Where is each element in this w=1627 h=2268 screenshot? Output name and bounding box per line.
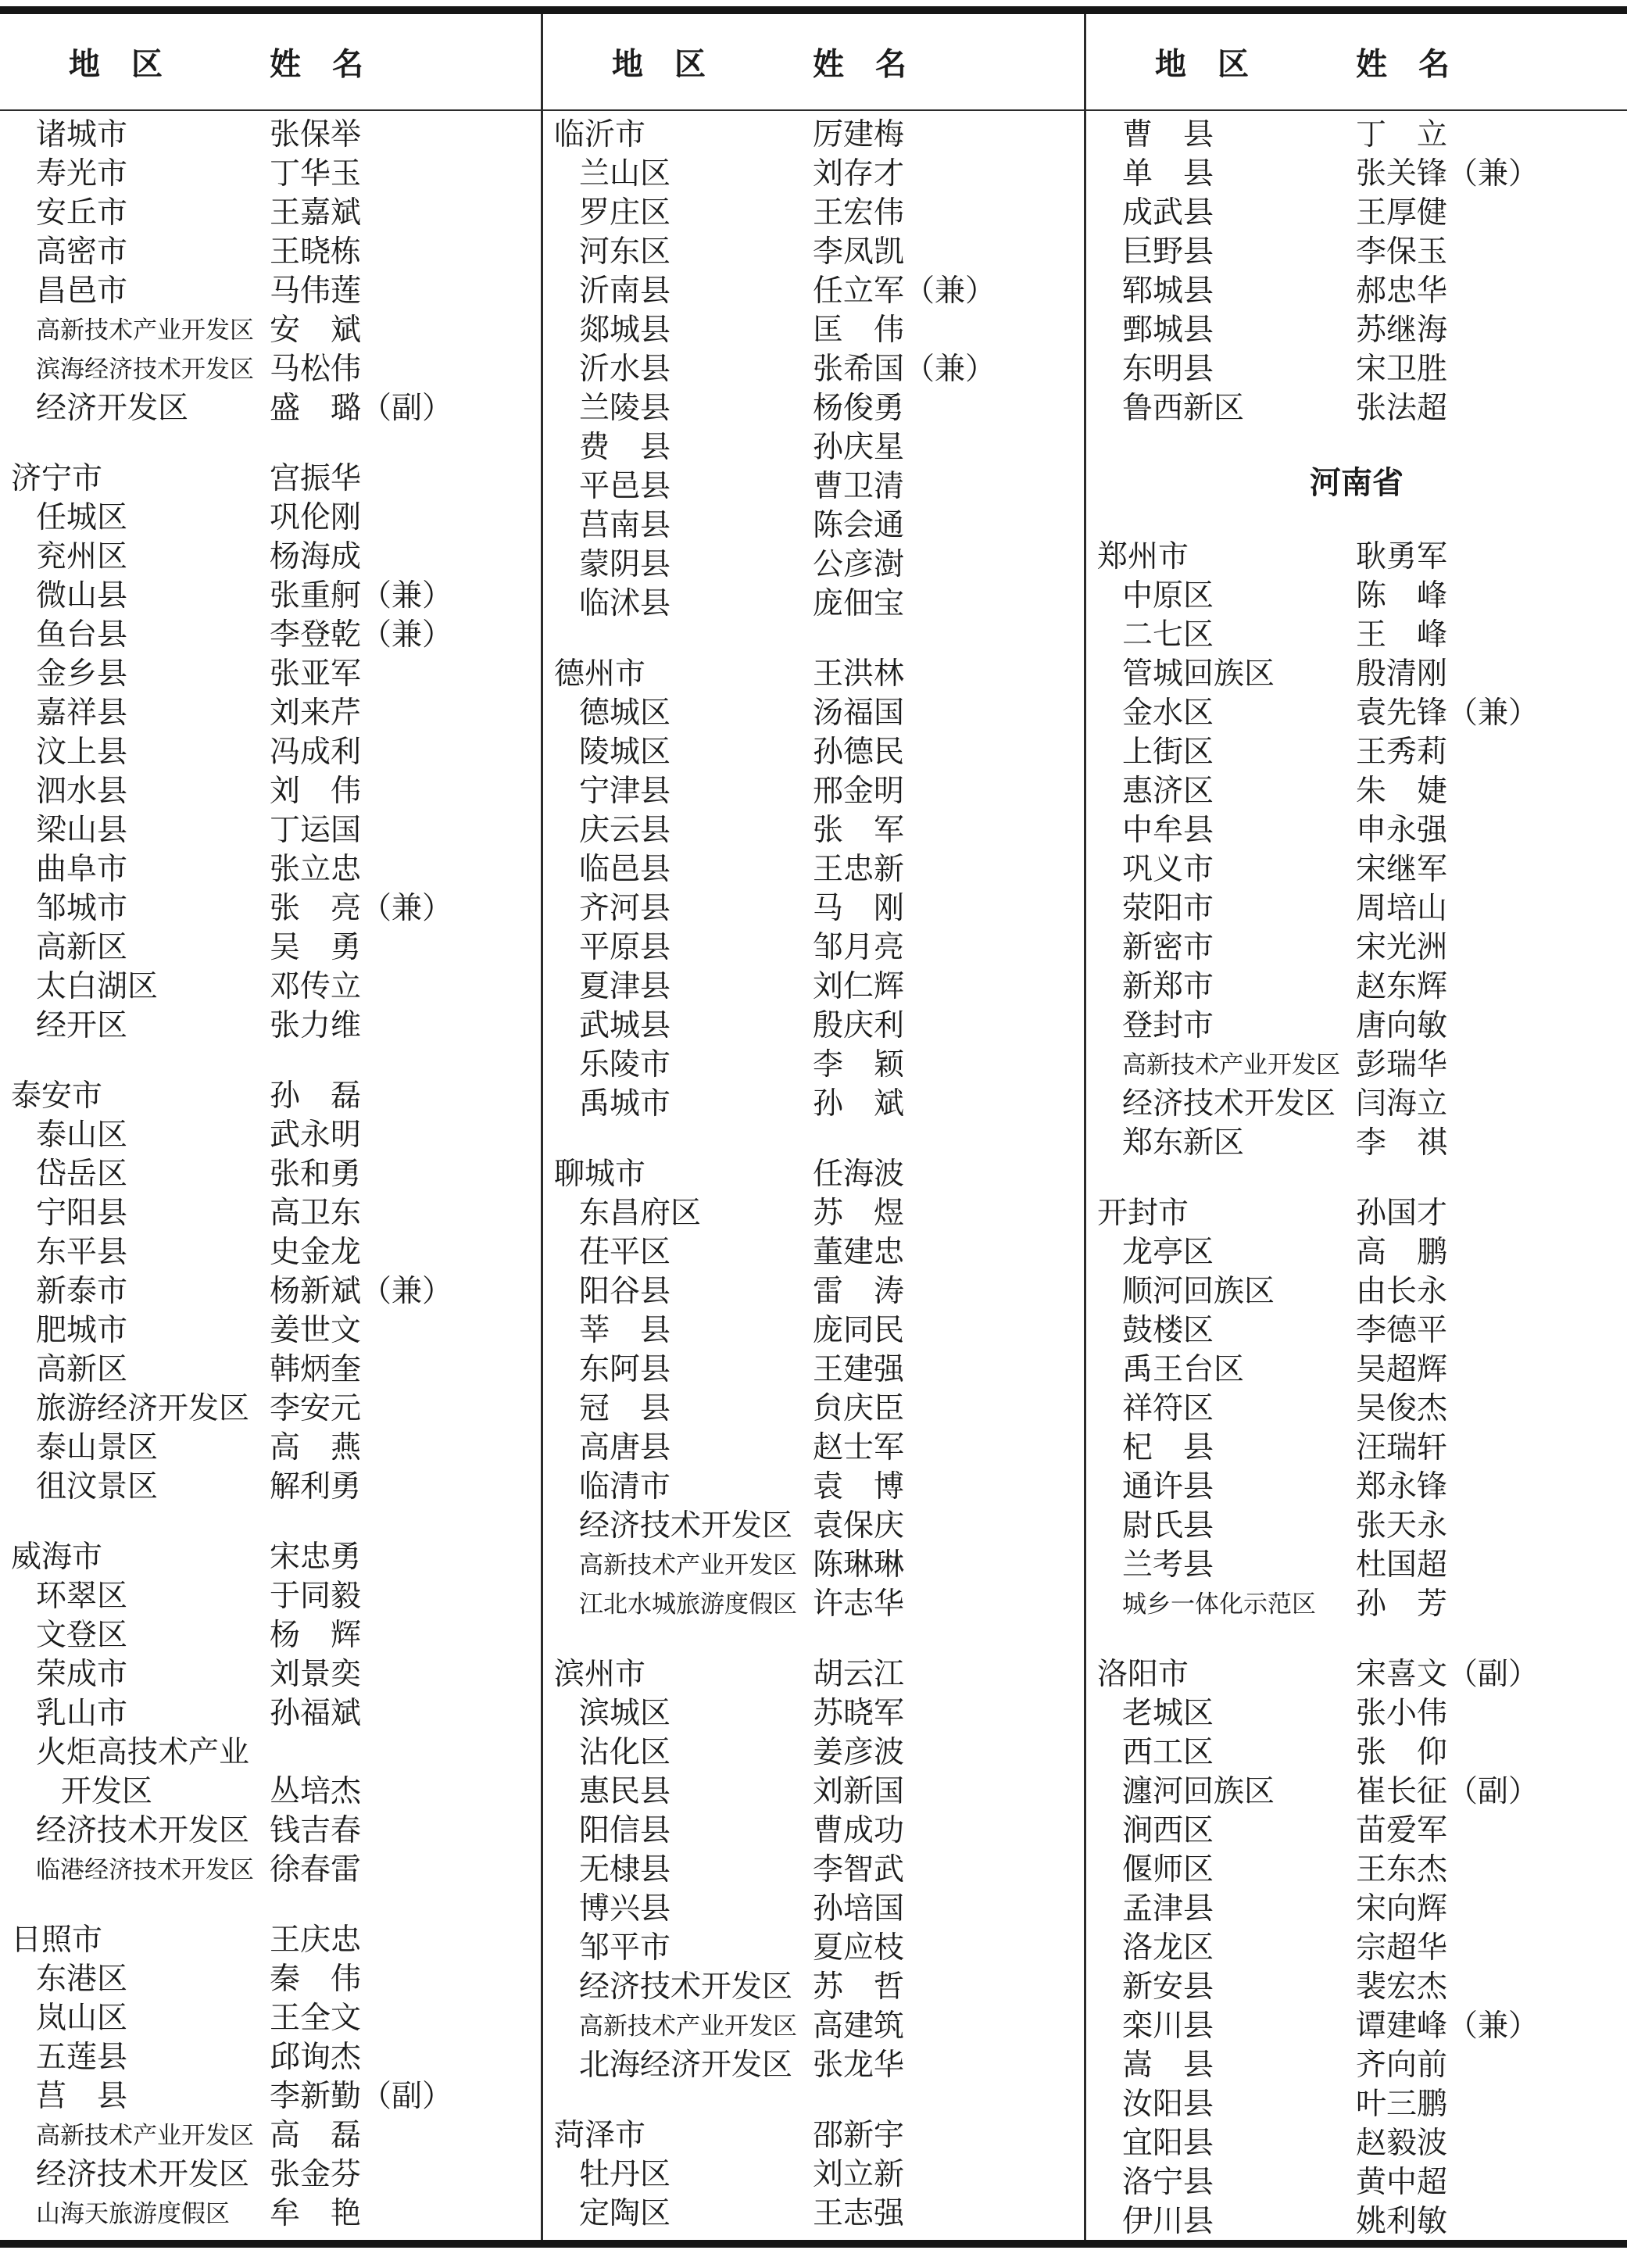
region-cell: 临邑县	[579, 850, 670, 889]
region-cell: 乳山市	[36, 1694, 127, 1733]
table-row: 禹城市孙 斌	[543, 1085, 1084, 1124]
region-cell: 德城区	[579, 694, 670, 733]
region-cell: 祥符区	[1122, 1390, 1214, 1429]
table-row: 通许县郑永锋	[1086, 1468, 1627, 1507]
table-row: 费 县孙庆星	[543, 428, 1084, 467]
table-row: 滨海经济技术开发区马松伟	[0, 350, 541, 389]
group-gap	[0, 428, 541, 460]
name-cell: 张希国（兼）	[813, 350, 996, 389]
table-row: 肥城市姜世文	[0, 1311, 541, 1350]
region-cell: 禹城市	[579, 1085, 670, 1124]
region-cell: 嵩 县	[1122, 2046, 1214, 2085]
name-cell: 郝忠华	[1356, 272, 1447, 311]
table-row: 泰山区武永明	[0, 1116, 541, 1155]
name-cell: 苏继海	[1356, 311, 1447, 350]
region-cell: 寿光市	[36, 155, 127, 194]
table-row: 环翠区于同毅	[0, 1577, 541, 1616]
name-cell: 公彦澍	[813, 546, 904, 585]
region-cell: 沂南县	[579, 272, 670, 311]
name-cell: 邹月亮	[813, 928, 904, 968]
name-cell: 苏 煜	[813, 1194, 904, 1233]
name-cell: 汪瑞轩	[1356, 1429, 1447, 1468]
name-cell: 杨海成	[270, 538, 361, 577]
table-row: 临邑县王忠新	[543, 850, 1084, 889]
region-cell: 临清市	[579, 1468, 670, 1507]
name-cell: 杨新斌（兼）	[270, 1272, 452, 1311]
name-cell: 任立军（兼）	[813, 272, 996, 311]
region-cell: 昌邑市	[36, 272, 127, 311]
table-row: 武城县殷庆利	[543, 1007, 1084, 1046]
region-cell: 成武县	[1122, 194, 1214, 233]
name-cell: 王厚健	[1356, 194, 1447, 233]
table-row: 中牟县申永强	[1086, 811, 1627, 850]
region-cell: 高密市	[36, 233, 127, 272]
name-cell: 李凤凯	[813, 233, 904, 272]
region-cell: 宜阳县	[1122, 2124, 1214, 2163]
group-gap	[1086, 1163, 1627, 1194]
name-cell: 庞同民	[813, 1311, 904, 1350]
panel-2-rows: 临沂市厉建梅兰山区刘存才罗庄区王宏伟河东区李凤凯沂南县任立军（兼）郯城县匡 伟沂…	[543, 111, 1084, 2240]
group-gap	[543, 1124, 1084, 1155]
name-cell: 曹成功	[813, 1812, 904, 1851]
region-cell: 兖州区	[36, 538, 127, 577]
name-cell: 许志华	[813, 1585, 904, 1624]
region-cell: 惠民县	[579, 1773, 670, 1812]
table-row: 西工区张 仰	[1086, 1733, 1627, 1773]
region-cell: 中牟县	[1122, 811, 1214, 850]
name-cell: 孙德民	[813, 733, 904, 772]
table-row: 莒南县陈会通	[543, 506, 1084, 546]
name-cell: 王晓栋	[270, 233, 361, 272]
table-row: 火炬高技术产业	[0, 1733, 541, 1773]
region-cell: 金乡县	[36, 655, 127, 694]
table-row: 泗水县刘 伟	[0, 772, 541, 811]
region-cell: 惠济区	[1122, 772, 1214, 811]
name-cell: 李 颖	[813, 1046, 904, 1085]
region-cell: 太白湖区	[36, 968, 158, 1007]
name-cell: 裴宏杰	[1356, 1968, 1447, 2007]
name-cell: 齐向前	[1356, 2046, 1447, 2085]
table-row: 茌平区董建忠	[543, 1233, 1084, 1272]
name-cell: 张力维	[270, 1007, 361, 1046]
table-row: 上街区王秀莉	[1086, 733, 1627, 772]
region-cell: 泗水县	[36, 772, 127, 811]
name-cell: 赵士军	[813, 1429, 904, 1468]
region-cell: 杞 县	[1122, 1429, 1214, 1468]
table-row: 微山县张重舸（兼）	[0, 577, 541, 616]
table-row: 江北水城旅游度假区许志华	[543, 1585, 1084, 1624]
table-row: 鱼台县李登乾（兼）	[0, 616, 541, 655]
table-row: 金水区袁先锋（兼）	[1086, 694, 1627, 733]
name-cell: 唐向敏	[1356, 1007, 1447, 1046]
table-row: 莒 县李新勤（副）	[0, 2077, 541, 2116]
table-row: 曲阜市张立忠	[0, 850, 541, 889]
table-row: 沂水县张希国（兼）	[543, 350, 1084, 389]
region-cell: 夏津县	[579, 968, 670, 1007]
table-row: 巨野县李保玉	[1086, 233, 1627, 272]
region-cell: 东明县	[1122, 350, 1214, 389]
name-cell: 杨俊勇	[813, 389, 904, 428]
table-row: 孟津县宋向辉	[1086, 1890, 1627, 1929]
name-cell: 高 燕	[270, 1429, 361, 1468]
name-cell: 雷 涛	[813, 1272, 904, 1311]
table-row: 经济技术开发区闫海立	[1086, 1085, 1627, 1124]
region-cell: 文登区	[36, 1616, 127, 1655]
region-cell: 岚山区	[36, 1999, 127, 2038]
name-cell: 邢金明	[813, 772, 904, 811]
group-gap	[0, 1507, 541, 1538]
name-cell: 闫海立	[1356, 1085, 1447, 1124]
column-header-name: 姓 名	[813, 40, 906, 84]
name-cell: 胡云江	[813, 1655, 904, 1694]
region-cell: 嘉祥县	[36, 694, 127, 733]
region-cell: 宁阳县	[36, 1194, 127, 1233]
table-row: 临沭县庞佃宝	[543, 585, 1084, 624]
name-cell: 孙 磊	[270, 1077, 361, 1116]
region-cell: 新泰市	[36, 1272, 127, 1311]
name-cell: 孙 斌	[813, 1085, 904, 1124]
name-cell: 张天永	[1356, 1507, 1447, 1546]
table-row: 宁津县邢金明	[543, 772, 1084, 811]
region-cell: 曹 县	[1122, 116, 1214, 155]
table-row: 平原县邹月亮	[543, 928, 1084, 968]
region-cell: 济宁市	[11, 460, 102, 499]
table-row: 乐陵市李 颖	[543, 1046, 1084, 1085]
region-cell: 经开区	[36, 1007, 127, 1046]
table-row: 嘉祥县刘来芹	[0, 694, 541, 733]
column-header-region: 地 区	[612, 40, 706, 84]
table-row: 洛龙区宗超华	[1086, 1929, 1627, 1968]
table-row: 兰考县杜国超	[1086, 1546, 1627, 1585]
name-cell: 马伟莲	[270, 272, 361, 311]
table-row: 禹王台区吴超辉	[1086, 1350, 1627, 1390]
name-cell: 周培山	[1356, 889, 1447, 928]
table-row: 郑东新区李 祺	[1086, 1124, 1627, 1163]
table-row: 汶上县冯成利	[0, 733, 541, 772]
table-row: 无棣县李智武	[543, 1851, 1084, 1890]
region-cell: 顺河回族区	[1122, 1272, 1275, 1311]
region-cell: 菏泽市	[554, 2116, 645, 2155]
region-cell: 徂汶景区	[36, 1468, 158, 1507]
region-cell: 环翠区	[36, 1577, 127, 1616]
panel-3-rows: 曹 县丁 立单 县张关锋（兼）成武县王厚健巨野县李保玉郓城县郝忠华鄄城县苏继海东…	[1086, 111, 1627, 2240]
table-row: 定陶区王志强	[543, 2195, 1084, 2234]
table-row: 宜阳县赵毅波	[1086, 2124, 1627, 2163]
region-cell: 经济技术开发区	[579, 1507, 792, 1546]
table-row: 沂南县任立军（兼）	[543, 272, 1084, 311]
region-cell: 武城县	[579, 1007, 670, 1046]
region-cell: 茌平区	[579, 1233, 670, 1272]
region-cell: 郯城县	[579, 311, 670, 350]
table-row: 城乡一体化示范区孙 芳	[1086, 1585, 1627, 1624]
region-cell: 城乡一体化示范区	[1122, 1585, 1316, 1624]
name-cell: 汤福国	[813, 694, 904, 733]
name-cell: 张重舸（兼）	[270, 577, 452, 616]
region-cell: 二七区	[1122, 616, 1214, 655]
table-row: 泰安市孙 磊	[0, 1077, 541, 1116]
region-cell: 禹王台区	[1122, 1350, 1244, 1390]
table-row: 滨州市胡云江	[543, 1655, 1084, 1694]
name-cell: 马 刚	[813, 889, 904, 928]
region-cell: 定陶区	[579, 2195, 670, 2234]
region-cell: 新郑市	[1122, 968, 1214, 1007]
table-row: 德城区汤福国	[543, 694, 1084, 733]
region-cell: 微山县	[36, 577, 127, 616]
name-cell: 李新勤（副）	[270, 2077, 452, 2116]
table-row: 鄄城县苏继海	[1086, 311, 1627, 350]
table-row: 邹平市夏应枝	[543, 1929, 1084, 1968]
region-cell: 孟津县	[1122, 1890, 1214, 1929]
table-row: 博兴县孙培国	[543, 1890, 1084, 1929]
name-cell: 姜世文	[270, 1311, 361, 1350]
name-cell: 殷庆利	[813, 1007, 904, 1046]
name-cell: 王全文	[270, 1999, 361, 2038]
table-row: 滨城区苏晓军	[543, 1694, 1084, 1733]
table-row: 临沂市厉建梅	[543, 116, 1084, 155]
table-row: 龙亭区高 鹏	[1086, 1233, 1627, 1272]
table-row: 嵩 县齐向前	[1086, 2046, 1627, 2085]
region-cell: 兰陵县	[579, 389, 670, 428]
table-row: 经济技术开发区张金芬	[0, 2155, 541, 2195]
region-cell: 安丘市	[36, 194, 127, 233]
table-row: 东明县宋卫胜	[1086, 350, 1627, 389]
table-row: 东昌府区苏 煜	[543, 1194, 1084, 1233]
region-cell: 滨城区	[579, 1694, 670, 1733]
region-cell: 五莲县	[36, 2038, 127, 2077]
region-cell: 瀍河回族区	[1122, 1773, 1275, 1812]
name-cell: 曹卫清	[813, 467, 904, 506]
region-cell: 河东区	[579, 233, 670, 272]
name-cell: 徐春雷	[270, 1851, 361, 1890]
table-row: 鲁西新区张法超	[1086, 389, 1627, 428]
region-cell: 涧西区	[1122, 1812, 1214, 1851]
table-row: 巩义市宋继军	[1086, 850, 1627, 889]
region-cell: 经济技术开发区	[36, 1812, 249, 1851]
region-cell: 高新技术产业开发区	[36, 311, 254, 350]
table-row: 洛宁县黄中超	[1086, 2163, 1627, 2202]
name-cell: 黄中超	[1356, 2163, 1447, 2202]
table-row: 日照市王庆忠	[0, 1921, 541, 1960]
name-cell: 钱吉春	[270, 1812, 361, 1851]
group-gap	[543, 1624, 1084, 1655]
name-cell: 宋向辉	[1356, 1890, 1447, 1929]
name-cell: 袁 博	[813, 1468, 904, 1507]
region-cell: 阳信县	[579, 1812, 670, 1851]
region-cell: 新安县	[1122, 1968, 1214, 2007]
region-cell: 高唐县	[579, 1429, 670, 1468]
name-cell: 张金芬	[270, 2155, 361, 2195]
panel-2-header: 地 区 姓 名	[543, 14, 1084, 111]
name-cell: 姜彦波	[813, 1733, 904, 1773]
name-cell: 李登乾（兼）	[270, 616, 452, 655]
name-cell: 张和勇	[270, 1155, 361, 1194]
name-cell: 王庆忠	[270, 1921, 361, 1960]
name-cell: 高 磊	[270, 2116, 361, 2155]
table-row: 高新技术产业开发区安 斌	[0, 311, 541, 350]
group-gap	[543, 624, 1084, 655]
table-row: 冠 县贠庆臣	[543, 1390, 1084, 1429]
region-cell: 鄄城县	[1122, 311, 1214, 350]
region-cell: 陵城区	[579, 733, 670, 772]
name-cell: 陈 峰	[1356, 577, 1447, 616]
table-row: 新密市宋光洲	[1086, 928, 1627, 968]
table-row: 成武县王厚健	[1086, 194, 1627, 233]
region-cell: 阳谷县	[579, 1272, 670, 1311]
name-cell: 盛 璐（副）	[270, 389, 452, 428]
name-cell: 丁华玉	[270, 155, 361, 194]
name-cell: 邓传立	[270, 968, 361, 1007]
table-row: 惠民县刘新国	[543, 1773, 1084, 1812]
region-cell: 开发区	[61, 1773, 152, 1812]
region-cell: 荣成市	[36, 1655, 127, 1694]
name-cell: 王志强	[813, 2195, 904, 2234]
name-cell: 冯成利	[270, 733, 361, 772]
region-cell: 巨野县	[1122, 233, 1214, 272]
region-cell: 郑东新区	[1122, 1124, 1244, 1163]
table-row: 高密市王晓栋	[0, 233, 541, 272]
table-row: 登封市唐向敏	[1086, 1007, 1627, 1046]
name-cell: 董建忠	[813, 1233, 904, 1272]
region-cell: 汶上县	[36, 733, 127, 772]
region-cell: 鱼台县	[36, 616, 127, 655]
table-row: 二七区王 峰	[1086, 616, 1627, 655]
table-row: 威海市宋忠勇	[0, 1538, 541, 1577]
name-cell: 孙 芳	[1356, 1585, 1447, 1624]
region-cell: 郑州市	[1097, 538, 1189, 577]
region-cell: 单 县	[1122, 155, 1214, 194]
name-cell: 王 峰	[1356, 616, 1447, 655]
region-cell: 中原区	[1122, 577, 1214, 616]
table-row: 荣成市刘景奕	[0, 1655, 541, 1694]
panel-1: 地 区 姓 名 诸城市张保举寿光市丁华玉安丘市王嘉斌高密市王晓栋昌邑市马伟莲高新…	[0, 14, 541, 2240]
region-cell: 德州市	[554, 655, 645, 694]
name-cell: 张法超	[1356, 389, 1447, 428]
name-cell: 李保玉	[1356, 233, 1447, 272]
name-cell: 宋喜文（副）	[1356, 1655, 1539, 1694]
table-row: 中原区陈 峰	[1086, 577, 1627, 616]
region-cell: 经济技术开发区	[36, 2155, 249, 2195]
name-cell: 贠庆臣	[813, 1390, 904, 1429]
region-cell: 沂水县	[579, 350, 670, 389]
name-cell: 李智武	[813, 1851, 904, 1890]
name-cell: 陈琳琳	[813, 1546, 904, 1585]
table-row: 太白湖区邓传立	[0, 968, 541, 1007]
region-cell: 莘 县	[579, 1311, 670, 1350]
region-cell: 罗庄区	[579, 194, 670, 233]
region-cell: 东平县	[36, 1233, 127, 1272]
region-cell: 高新技术产业开发区	[36, 2116, 254, 2155]
region-cell: 东昌府区	[579, 1194, 701, 1233]
name-cell: 吴 勇	[270, 928, 361, 968]
table-row: 洛阳市宋喜文（副）	[1086, 1655, 1627, 1694]
table-row: 庆云县张 军	[543, 811, 1084, 850]
name-cell: 崔长征（副）	[1356, 1773, 1539, 1812]
name-cell: 邱询杰	[270, 2038, 361, 2077]
region-cell: 沾化区	[579, 1733, 670, 1773]
table-row: 东阿县王建强	[543, 1350, 1084, 1390]
column-header-region: 地 区	[69, 40, 163, 84]
table-row: 诸城市张保举	[0, 116, 541, 155]
table-row: 高新技术产业开发区陈琳琳	[543, 1546, 1084, 1585]
table-row: 罗庄区王宏伟	[543, 194, 1084, 233]
table-row: 聊城市任海波	[543, 1155, 1084, 1194]
table-row: 涧西区苗爱军	[1086, 1812, 1627, 1851]
region-cell: 邹平市	[579, 1929, 670, 1968]
region-cell: 岱岳区	[36, 1155, 127, 1194]
table-row: 北海经济开发区张龙华	[543, 2046, 1084, 2085]
region-cell: 诸城市	[36, 116, 127, 155]
region-cell: 江北水城旅游度假区	[579, 1585, 797, 1624]
region-cell: 鼓楼区	[1122, 1311, 1214, 1350]
table-row: 开发区丛培杰	[0, 1773, 541, 1812]
region-cell: 经济技术开发区	[579, 1968, 792, 2007]
table-row: 寿光市丁华玉	[0, 155, 541, 194]
region-cell: 管城回族区	[1122, 655, 1275, 694]
name-cell: 张立忠	[270, 850, 361, 889]
table-row: 高新技术产业开发区彭瑞华	[1086, 1046, 1627, 1085]
table-row: 岚山区王全文	[0, 1999, 541, 2038]
name-cell: 武永明	[270, 1116, 361, 1155]
table-row: 栾川县谭建峰（兼）	[1086, 2007, 1627, 2046]
table-row: 陵城区孙德民	[543, 733, 1084, 772]
name-cell: 张小伟	[1356, 1694, 1447, 1733]
table-row: 徂汶景区解利勇	[0, 1468, 541, 1507]
region-cell: 西工区	[1122, 1733, 1214, 1773]
region-cell: 任城区	[36, 499, 127, 538]
region-cell: 高新技术产业开发区	[579, 1546, 797, 1585]
name-cell: 庞佃宝	[813, 585, 904, 624]
region-cell: 洛阳市	[1097, 1655, 1189, 1694]
region-cell: 平邑县	[579, 467, 670, 506]
name-cell: 苏晓军	[813, 1694, 904, 1733]
table-row: 济宁市宫振华	[0, 460, 541, 499]
table-row: 经济技术开发区苏 哲	[543, 1968, 1084, 2007]
name-cell: 韩炳奎	[270, 1350, 361, 1390]
region-cell: 高新技术产业开发区	[1122, 1046, 1340, 1085]
region-cell: 汝阳县	[1122, 2085, 1214, 2124]
name-cell: 王洪林	[813, 655, 904, 694]
region-cell: 曲阜市	[36, 850, 127, 889]
region-cell: 老城区	[1122, 1694, 1214, 1733]
name-cell: 刘立新	[813, 2155, 904, 2195]
panel-1-rows: 诸城市张保举寿光市丁华玉安丘市王嘉斌高密市王晓栋昌邑市马伟莲高新技术产业开发区安…	[0, 111, 541, 2240]
table-row: 鼓楼区李德平	[1086, 1311, 1627, 1350]
name-cell: 申永强	[1356, 811, 1447, 850]
name-cell: 匡 伟	[813, 311, 904, 350]
table-row: 老城区张小伟	[1086, 1694, 1627, 1733]
table-row: 牡丹区刘立新	[543, 2155, 1084, 2195]
name-cell: 王嘉斌	[270, 194, 361, 233]
table-row: 安丘市王嘉斌	[0, 194, 541, 233]
region-cell: 平原县	[579, 928, 670, 968]
table-row: 任城区巩伦刚	[0, 499, 541, 538]
name-cell: 孙庆星	[813, 428, 904, 467]
name-cell: 王建强	[813, 1350, 904, 1390]
name-cell: 厉建梅	[813, 116, 904, 155]
name-cell: 邵新宇	[813, 2116, 904, 2155]
group-gap	[0, 1890, 541, 1921]
region-cell: 荥阳市	[1122, 889, 1214, 928]
table-row: 经济技术开发区钱吉春	[0, 1812, 541, 1851]
name-cell: 谭建峰（兼）	[1356, 2007, 1539, 2046]
name-cell: 夏应枝	[813, 1929, 904, 1968]
name-cell: 杨 辉	[270, 1616, 361, 1655]
table-row: 高新区吴 勇	[0, 928, 541, 968]
region-cell: 鲁西新区	[1122, 389, 1244, 428]
table-row: 郑州市耿勇军	[1086, 538, 1627, 577]
region-cell: 泰安市	[11, 1077, 102, 1116]
region-cell: 通许县	[1122, 1468, 1214, 1507]
